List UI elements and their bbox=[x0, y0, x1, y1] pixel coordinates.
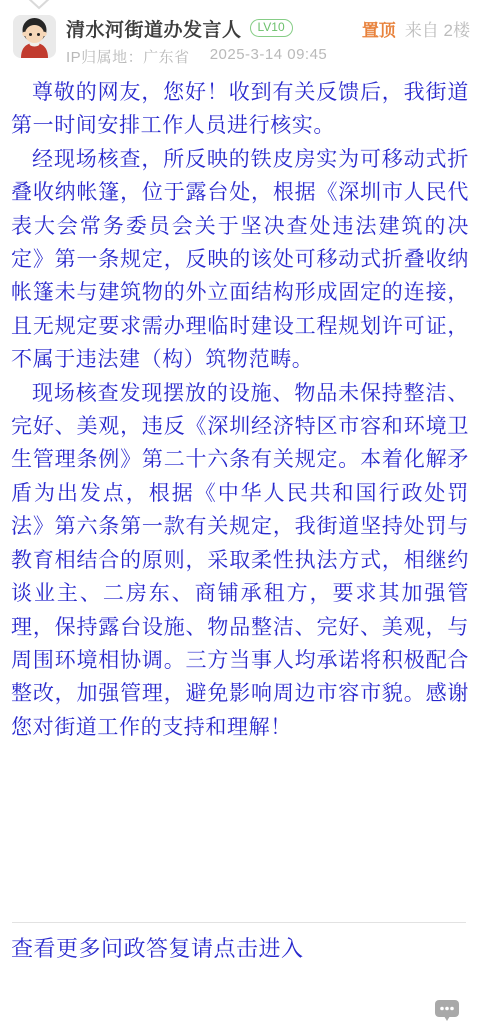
post-paragraph: 现场核查发现摆放的设施、物品未保持整洁、完好、美观，违反《深圳经济特区市容和环境… bbox=[11, 377, 469, 744]
cartoon-boy-avatar-icon bbox=[13, 15, 56, 58]
post-paragraph: 经现场核查，所反映的铁皮房实为可移动式折叠收纳帐篷，位于露台处，根据《深圳市人民… bbox=[11, 143, 469, 377]
post-flags: 置顶 来自 2楼 bbox=[362, 16, 470, 41]
timestamp: 2025-3-14 09:45 bbox=[210, 46, 328, 67]
view-more-replies-link[interactable]: 查看更多问政答复请点击进入 bbox=[11, 932, 304, 963]
chevron-down-icon bbox=[26, 0, 52, 10]
meta-row: IP归属地：广东省 2025-3-14 09:45 bbox=[66, 46, 470, 67]
post-card: 清水河街道办发言人 LV10 置顶 来自 2楼 IP归属地：广东省 2025-3… bbox=[0, 0, 478, 1024]
avatar[interactable] bbox=[13, 15, 56, 58]
floor-label: 来自 2楼 bbox=[405, 16, 470, 41]
name-row: 清水河街道办发言人 LV10 置顶 来自 2楼 bbox=[66, 16, 470, 40]
user-block: 清水河街道办发言人 LV10 置顶 来自 2楼 IP归属地：广东省 2025-3… bbox=[66, 15, 470, 67]
post-header: 清水河街道办发言人 LV10 置顶 来自 2楼 IP归属地：广东省 2025-3… bbox=[13, 15, 470, 61]
username[interactable]: 清水河街道办发言人 bbox=[66, 15, 242, 42]
post-paragraph: 尊敬的网友，您好！收到有关反馈后，我街道第一时间安排工作人员进行核实。 bbox=[11, 76, 469, 143]
pinned-badge: 置顶 bbox=[362, 16, 396, 41]
comment-dots-icon[interactable] bbox=[435, 1000, 459, 1021]
post-body: 尊敬的网友，您好！收到有关反馈后，我街道第一时间安排工作人员进行核实。 经现场核… bbox=[11, 76, 469, 744]
ip-location: IP归属地：广东省 bbox=[66, 46, 190, 67]
level-badge: LV10 bbox=[250, 19, 293, 37]
divider bbox=[12, 922, 466, 923]
